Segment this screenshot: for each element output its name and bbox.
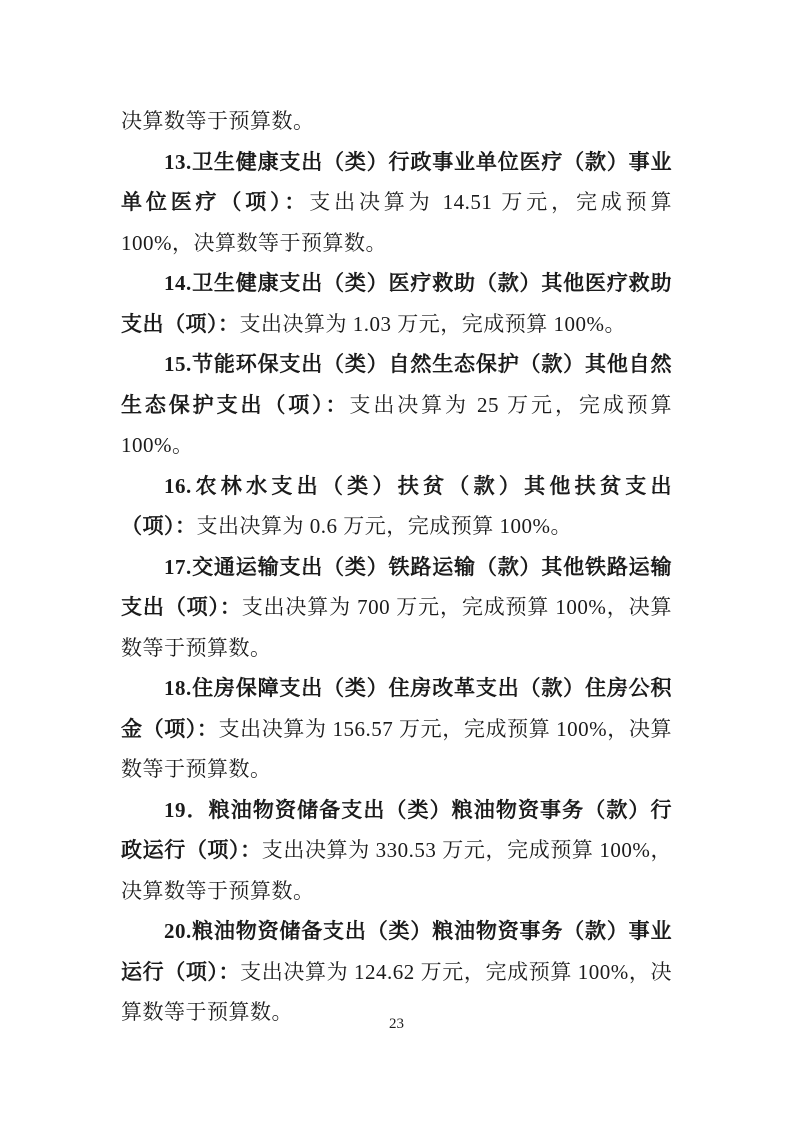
paragraph-18: 18.住房保障支出（类）住房改革支出（款）住房公积金（项）：支出决算为 156.… [121,668,672,790]
page-number: 23 [0,1016,793,1033]
paragraph-14: 14.卫生健康支出（类）医疗救助（款）其他医疗救助支出（项）：支出决算为 1.0… [121,263,672,344]
paragraph-13: 13.卫生健康支出（类）行政事业单位医疗（款）事业单位医疗（项）：支出决算为 1… [121,142,672,264]
paragraph-20: 20.粮油物资储备支出（类）粮油物资事务（款）事业运行（项）：支出决算为 124… [121,911,672,1033]
paragraph-15: 15.节能环保支出（类）自然生态保护（款）其他自然生态保护支出（项）：支出决算为… [121,344,672,466]
paragraph-19: 19．粮油物资储备支出（类）粮油物资事务（款）行政运行（项）：支出决算为 330… [121,790,672,912]
paragraph-16-text: 支出决算为 0.6 万元，完成预算 100%。 [197,514,573,538]
paragraph-12-tail-text: 决算数等于预算数。 [121,109,315,133]
paragraph-16: 16.农林水支出（类）扶贫（款）其他扶贫支出（项）：支出决算为 0.6 万元，完… [121,466,672,547]
paragraph-12-tail: 决算数等于预算数。 [121,101,672,142]
document-page: 决算数等于预算数。 13.卫生健康支出（类）行政事业单位医疗（款）事业单位医疗（… [0,0,793,1122]
paragraph-14-text: 支出决算为 1.03 万元，完成预算 100%。 [240,312,627,336]
paragraph-17: 17.交通运输支出（类）铁路运输（款）其他铁路运输支出（项）：支出决算为 700… [121,547,672,669]
document-body: 决算数等于预算数。 13.卫生健康支出（类）行政事业单位医疗（款）事业单位医疗（… [121,101,672,1033]
